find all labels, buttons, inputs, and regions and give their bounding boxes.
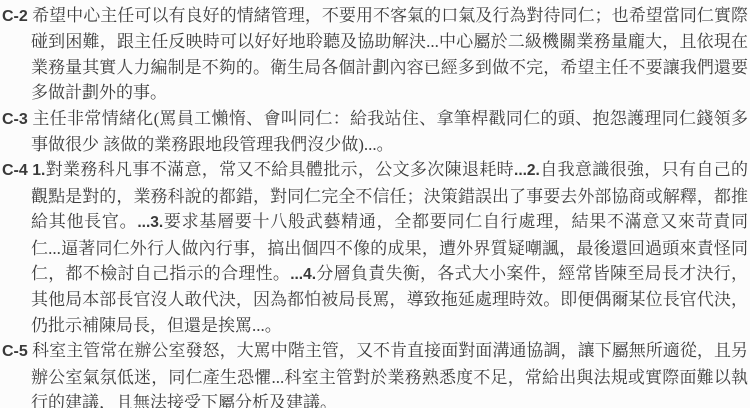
item-text: 科室主管常在辦公室發怒，大罵中階主管，又不肯直接面對面溝通協調，讓下屬無所適從，… xyxy=(31,341,748,408)
item-label: C-5 xyxy=(2,343,28,360)
item-label: C-3 xyxy=(2,111,28,128)
item-number-marker: ...4. xyxy=(290,266,316,283)
item-text: 主任非常情緒化(罵員工懶惰、會叫同仁：給我站住、拿筆桿戳同仁的頭、抱怨護理同仁錢… xyxy=(31,109,748,154)
item-label: C-2 xyxy=(2,8,28,25)
complaint-item: C-2 希望中心主任可以有良好的情緒管理，不要用不客氣的口氣及行為對待同仁；也希… xyxy=(2,3,748,106)
complaints-document: C-2 希望中心主任可以有良好的情緒管理，不要用不客氣的口氣及行為對待同仁；也希… xyxy=(0,0,750,408)
complaint-item: C-4 1.對業務科凡事不滿意，常又不給具體批示，公文多次陳退耗時...2.自我… xyxy=(2,157,748,338)
item-text: 希望中心主任可以有良好的情緒管理，不要用不客氣的口氣及行為對待同仁；也希望當同仁… xyxy=(31,6,748,102)
item-number-marker: 1. xyxy=(32,162,45,179)
item-number-marker: ...2. xyxy=(514,162,540,179)
complaint-item: C-5 科室主管常在辦公室發怒，大罵中階主管，又不肯直接面對面溝通協調，讓下屬無… xyxy=(2,338,748,408)
item-number-marker: ...3. xyxy=(137,214,163,231)
complaint-item: C-3 主任非常情緒化(罵員工懶惰、會叫同仁：給我站住、拿筆桿戳同仁的頭、抱怨護… xyxy=(2,106,748,158)
item-label: C-4 xyxy=(2,162,28,179)
item-text: 對業務科凡事不滿意，常又不給具體批示，公文多次陳退耗時 xyxy=(45,160,514,179)
